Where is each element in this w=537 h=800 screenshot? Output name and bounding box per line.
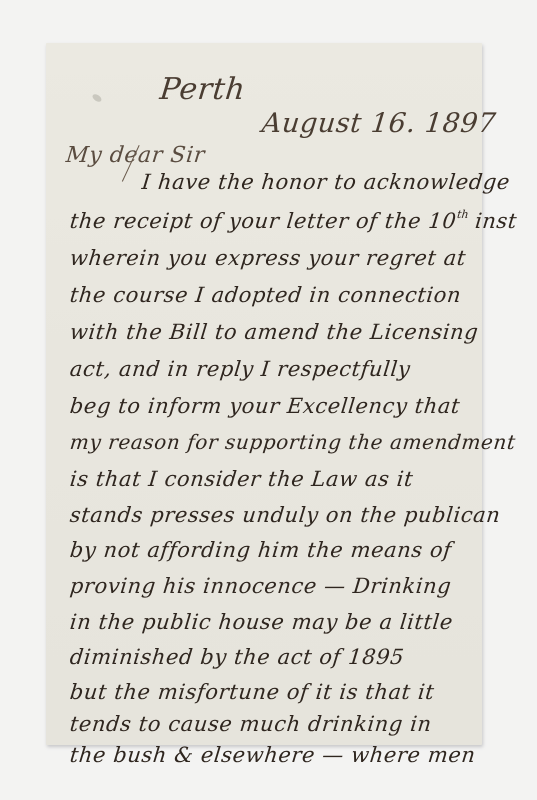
letter-date: August 16. 1897 (260, 108, 497, 139)
body-line-2-text: the receipt of your letter of the 10 (69, 209, 458, 233)
body-line-13: in the public house may be a little (69, 610, 455, 634)
body-line-6: act, and in reply I respectfully (69, 357, 412, 381)
body-line-16: tends to cause much drinking in (69, 712, 433, 736)
body-line-1: I have the honor to acknowledge (141, 170, 512, 194)
body-line-4: the course I adopted in connection (69, 283, 463, 307)
body-line-17: the bush & elsewhere — where men (69, 743, 477, 767)
body-line-8: my reason for supporting the amendment (69, 430, 517, 454)
body-line-2-tail: inst (467, 209, 519, 233)
body-line-2: the receipt of your letter of the 10th i… (69, 208, 519, 233)
body-line-14: diminished by the act of 1895 (69, 645, 406, 669)
letter-place: Perth (158, 72, 247, 107)
body-line-5: with the Bill to amend the Licensing (69, 320, 480, 344)
body-line-12: proving his innocence — Drinking (69, 574, 453, 598)
body-line-7: beg to inform your Excellency that (69, 394, 462, 418)
body-line-9: is that I consider the Law as it (69, 467, 415, 491)
body-line-11: by not affording him the means of (69, 538, 453, 562)
body-line-10: stands presses unduly on the publican (69, 503, 502, 527)
body-line-3: wherein you express your regret at (69, 246, 468, 270)
body-line-15: but the misfortune of it is that it (69, 680, 436, 704)
